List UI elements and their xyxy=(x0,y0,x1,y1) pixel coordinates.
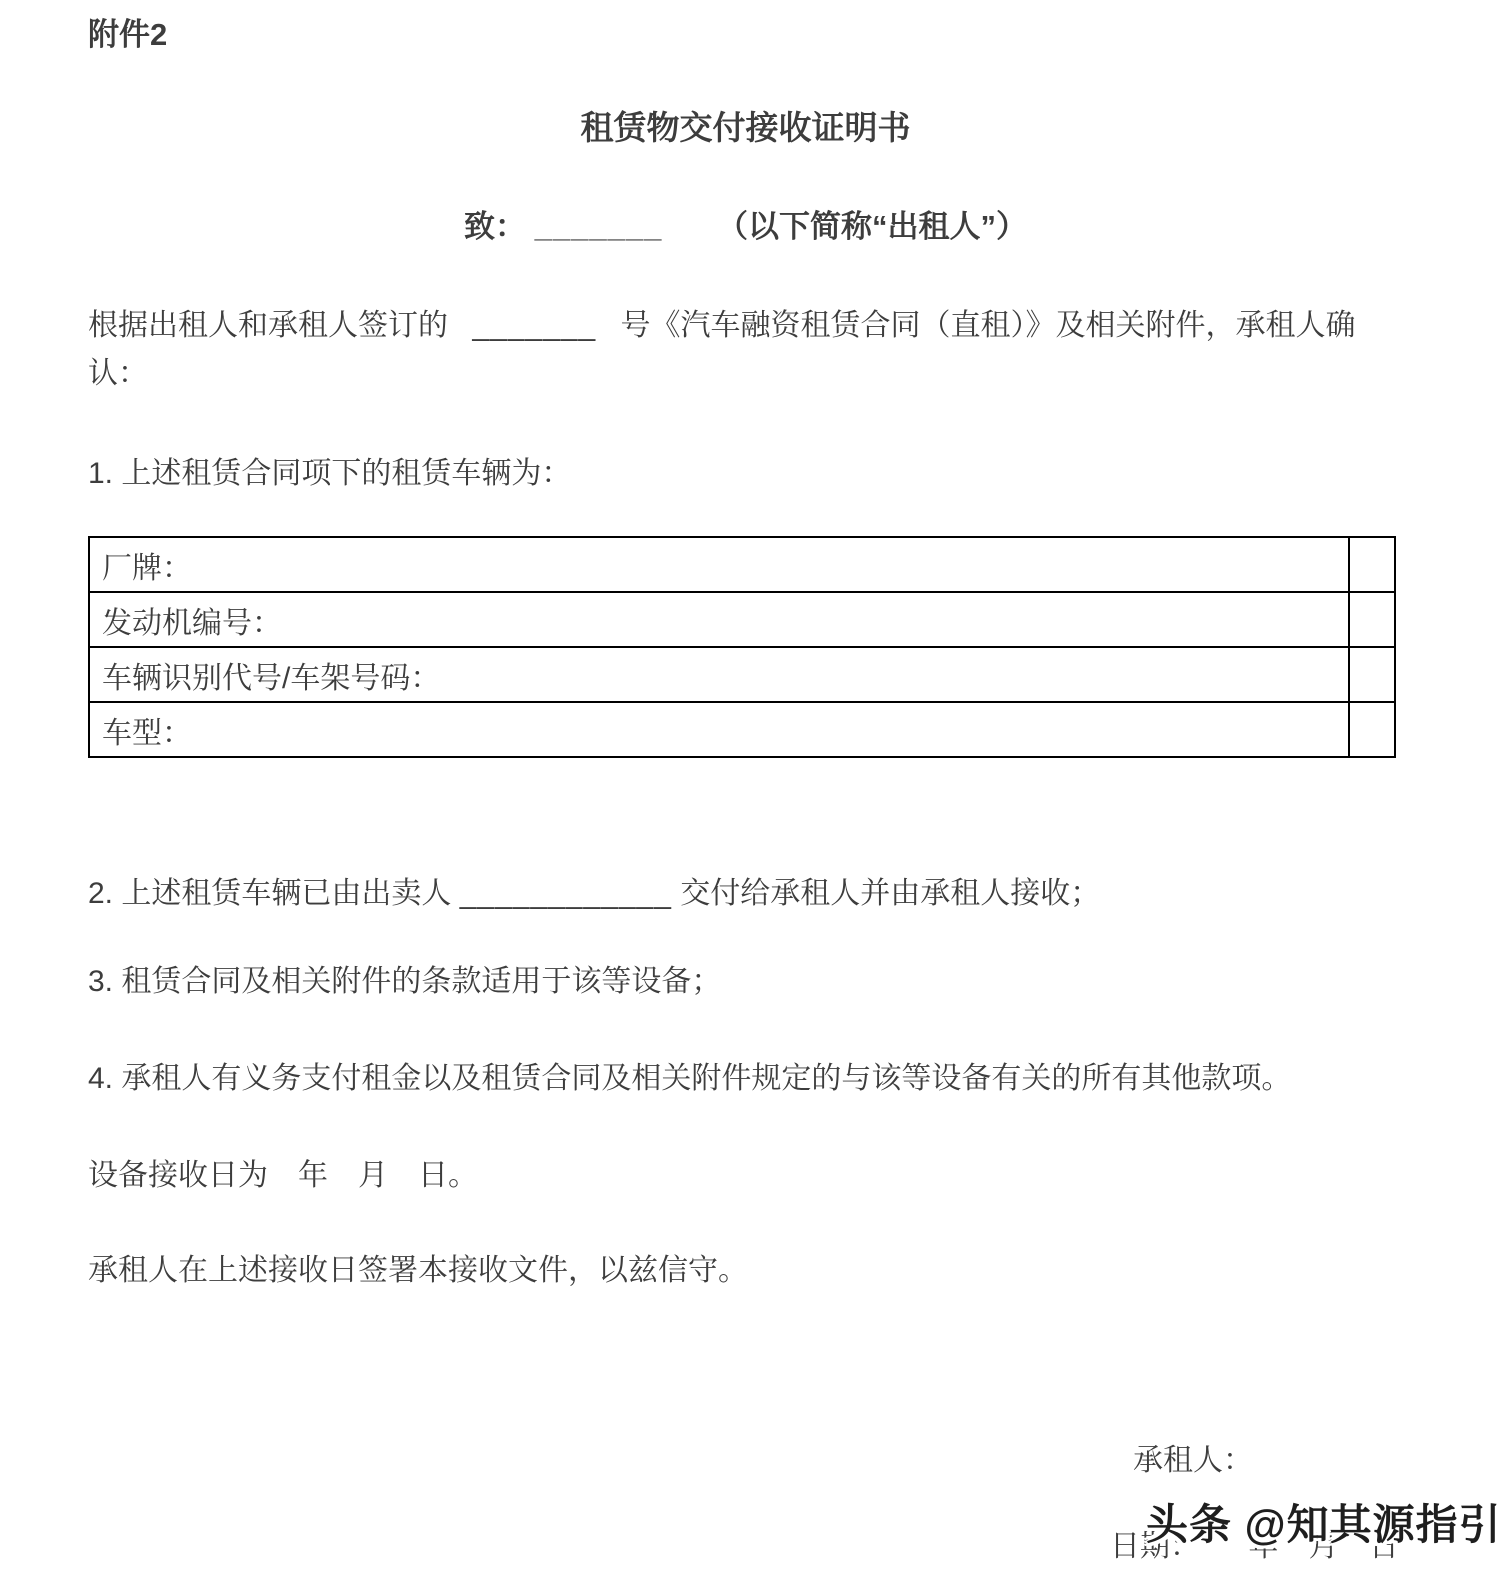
table-row-engine-number: 发动机编号： xyxy=(89,592,1395,647)
brand-value-cell xyxy=(1349,537,1395,592)
intro-text-before: 根据出租人和承租人签订的 xyxy=(88,309,448,342)
receipt-date-line: 设备接收日为 年 月 日。 xyxy=(88,1152,1403,1200)
item2-text-before: 2. 上述租赁车辆已由出卖人 xyxy=(88,877,451,910)
seller-name-blank: ____________ xyxy=(460,877,672,910)
addressee-prefix: 致： xyxy=(464,209,526,244)
lease-delivery-receipt-document: 附件2 租赁物交付接收证明书 致： _______ （以下简称“出租人”） 根据… xyxy=(0,0,1499,1579)
intro-paragraph: 根据出租人和承租人签订的 _______ 号《汽车融资租赁合同（直租）》及相关附… xyxy=(88,302,1403,398)
engine-number-label-cell: 发动机编号： xyxy=(89,592,1349,647)
list-item-1: 1. 上述租赁合同项下的租赁车辆为： xyxy=(88,450,1403,498)
brand-label-cell: 厂牌： xyxy=(89,537,1349,592)
contract-number-blank: _______ xyxy=(472,309,596,342)
toutiao-watermark: 头条 @知其源指引 xyxy=(1146,1492,1499,1552)
item2-text-after: 交付给承租人并由承租人接收； xyxy=(680,877,1100,910)
model-value-cell xyxy=(1349,702,1395,757)
document-title: 租赁物交付接收证明书 xyxy=(88,106,1403,150)
table-row-brand: 厂牌： xyxy=(89,537,1395,592)
vin-value-cell xyxy=(1349,647,1395,702)
addressee-suffix: （以下简称“出租人”） xyxy=(717,209,1027,244)
vin-label-cell: 车辆识别代号/车架号码： xyxy=(89,647,1349,702)
table-row-model: 车型： xyxy=(89,702,1395,757)
lessee-signature-label: 承租人： xyxy=(1133,1441,1403,1481)
lessor-name-blank: _______ xyxy=(535,209,663,244)
closing-line: 承租人在上述接收日签署本接收文件，以兹信守。 xyxy=(88,1247,1403,1295)
list-item-3: 3. 租赁合同及相关附件的条款适用于该等设备； xyxy=(88,958,1403,1006)
list-item-4: 4. 承租人有义务支付租金以及租赁合同及相关附件规定的与该等设备有关的所有其他款… xyxy=(88,1055,1403,1103)
addressee-line: 致： _______ （以下简称“出租人”） xyxy=(88,206,1403,248)
vehicle-info-table: 厂牌： 发动机编号： 车辆识别代号/车架号码： 车型： xyxy=(88,536,1396,758)
list-item-2: 2. 上述租赁车辆已由出卖人 ____________ 交付给承租人并由承租人接… xyxy=(88,870,1403,918)
engine-number-value-cell xyxy=(1349,592,1395,647)
model-label-cell: 车型： xyxy=(89,702,1349,757)
table-row-vin: 车辆识别代号/车架号码： xyxy=(89,647,1395,702)
attachment-label: 附件2 xyxy=(88,16,1403,54)
